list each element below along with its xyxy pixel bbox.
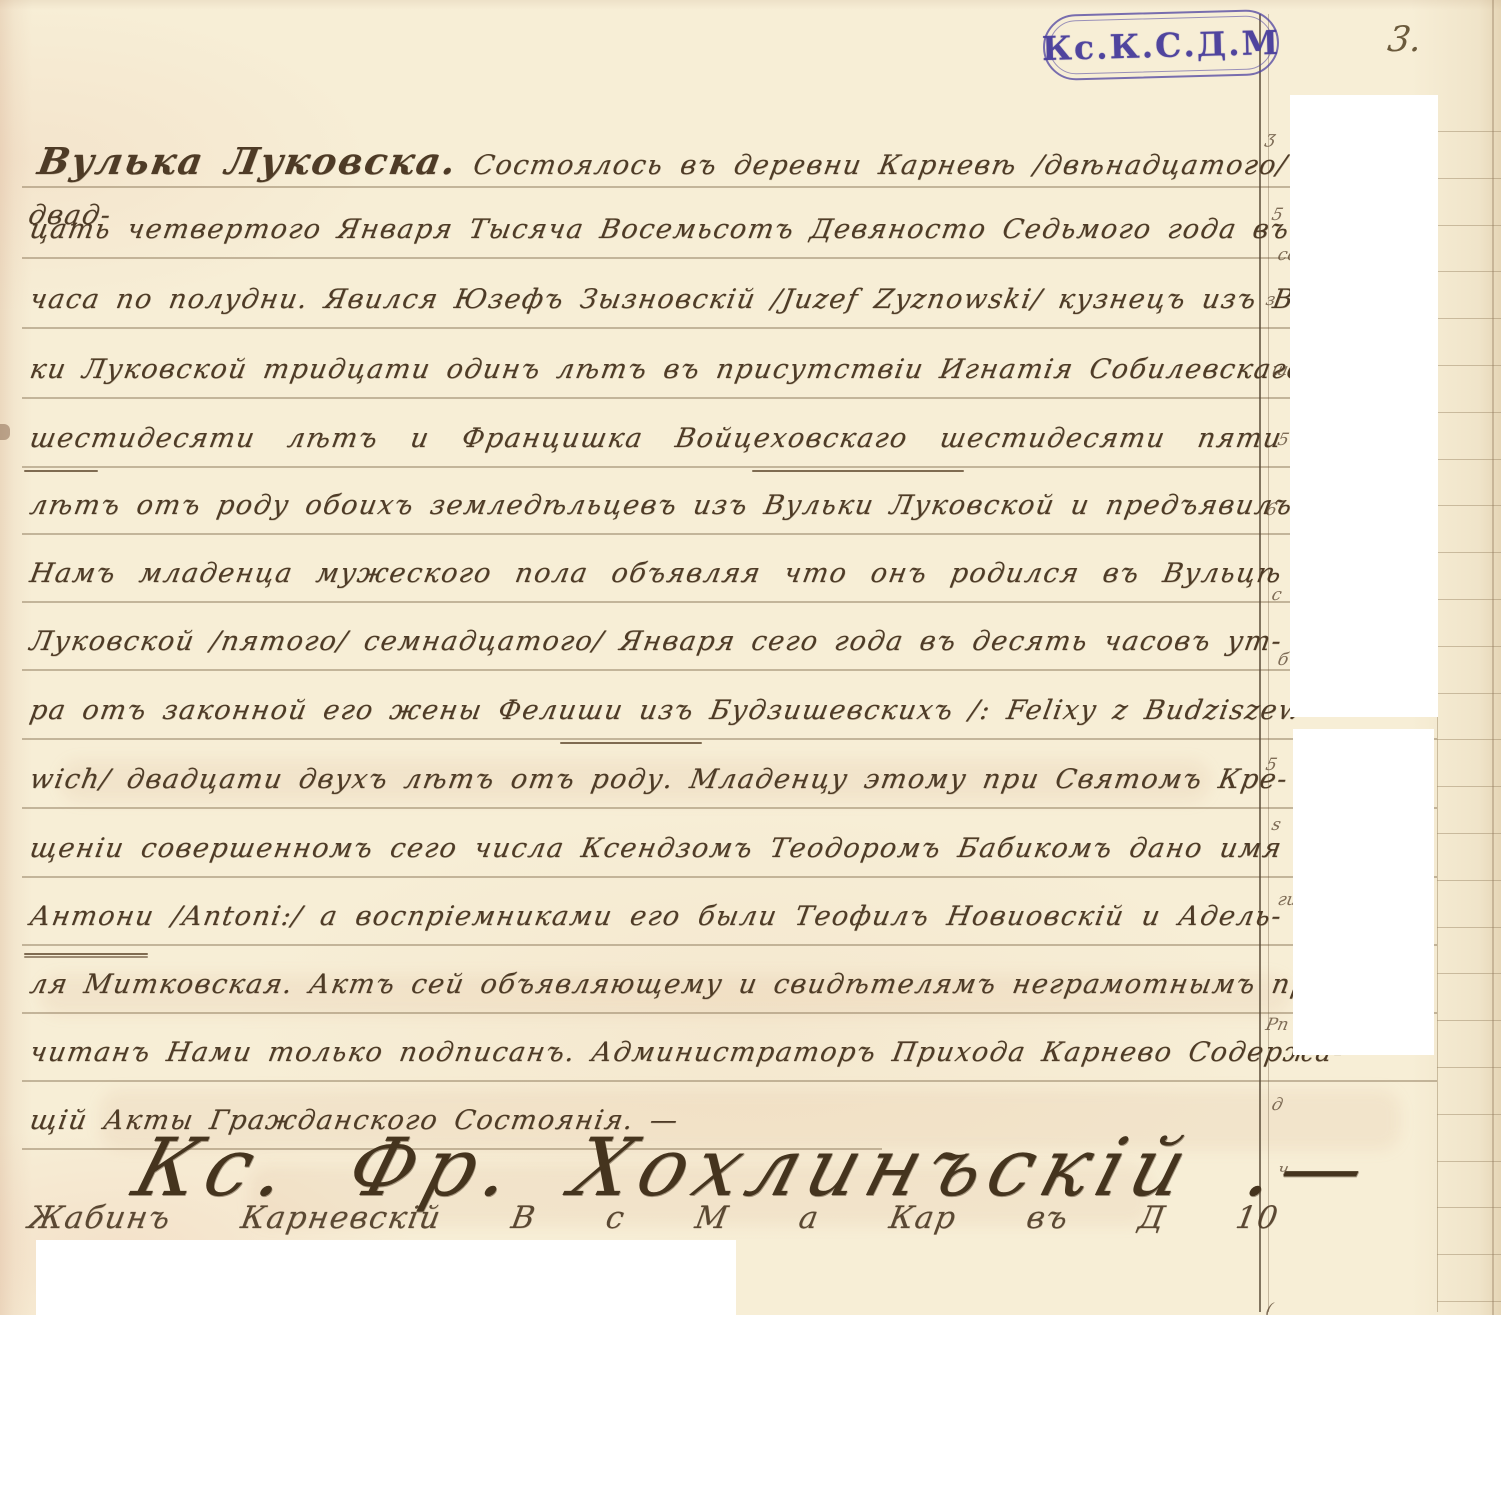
archive-stamp: Кс.К.С.Д.М <box>1042 9 1280 81</box>
underline-antoni <box>24 953 148 955</box>
handwriting-line: ля Митковская. Актъ сей объявляющему и с… <box>26 962 1286 1008</box>
ruled-line <box>22 327 1437 329</box>
village-heading: Вулька Луковска. <box>35 139 462 183</box>
handwriting-line: часа по полудни. Явился Юзефъ Зызновскій… <box>26 277 1286 323</box>
underline-shestidesyati-pyati <box>752 470 964 472</box>
redaction-block-top <box>1290 95 1438 717</box>
handwriting-line: лѣтъ отъ роду обоихъ земледѣльцевъ изъ В… <box>26 483 1286 529</box>
ruled-line <box>22 257 1437 259</box>
white-cutoff-left-bottom <box>36 1240 736 1320</box>
ruled-line <box>22 669 1437 671</box>
ruled-line <box>22 601 1437 603</box>
handwriting-line: wich/ двадцати двухъ лѣтъ отъ роду. Млад… <box>26 757 1286 803</box>
margin-mark: Рп <box>1264 1015 1291 1035</box>
ruled-line <box>22 738 1437 740</box>
page-edge-line <box>1492 0 1494 1315</box>
ruled-line <box>22 533 1437 535</box>
archive-stamp-text: Кс.К.С.Д.М <box>1041 22 1280 67</box>
white-scan-bottom <box>0 1315 1501 1496</box>
ruled-line <box>22 1080 1437 1082</box>
ruled-line <box>22 466 1437 468</box>
scanned-document-page: { "page": { "number_label": "3.", "stamp… <box>0 0 1501 1496</box>
paper-tear-nick <box>0 424 10 440</box>
redaction-block-middle <box>1293 729 1434 1055</box>
handwriting-line: ки Луковской тридцати одинъ лѣтъ въ прис… <box>26 347 1286 393</box>
underline-shestidesyati <box>24 470 98 472</box>
handwriting-line: Антони /Antoni:/ а воспріемниками его бы… <box>26 894 1286 940</box>
handwriting-line: щеніи совершенномъ сего числа Ксендзомъ … <box>26 826 1286 872</box>
ruled-line <box>22 876 1437 878</box>
handwriting-line: цать четвертого Января Тысяча Восемьсотъ… <box>26 207 1286 253</box>
archive-stamp-inner-border: Кс.К.С.Д.М <box>1048 15 1273 75</box>
ruled-line <box>22 944 1437 946</box>
ruled-line <box>22 397 1437 399</box>
underline-budziszew <box>560 742 702 744</box>
handwriting-line: Намъ младенца мужеского пола объявляя чт… <box>26 551 1286 597</box>
handwriting-line: ра отъ законной его жены Фелиши изъ Будз… <box>26 688 1286 734</box>
handwriting-line: Луковской /пятого/ семнадцатого/ Января … <box>26 619 1286 665</box>
handwriting-line: Вулька Луковска. Состоялось въ деревни К… <box>34 136 1293 186</box>
handwriting-line: читанъ Нами только подписанъ. Администра… <box>26 1030 1286 1076</box>
cut-off-handwriting-line: Жабинъ Карневскій В с М а Кар въ Д 10 <box>24 1192 1283 1244</box>
ruled-line <box>22 1012 1437 1014</box>
handwriting-line: шестидесяти лѣтъ и Францишка Войцеховска… <box>26 416 1286 462</box>
ruled-line <box>22 807 1437 809</box>
page-number: 3. <box>1385 20 1424 60</box>
ruled-line <box>22 186 1437 188</box>
